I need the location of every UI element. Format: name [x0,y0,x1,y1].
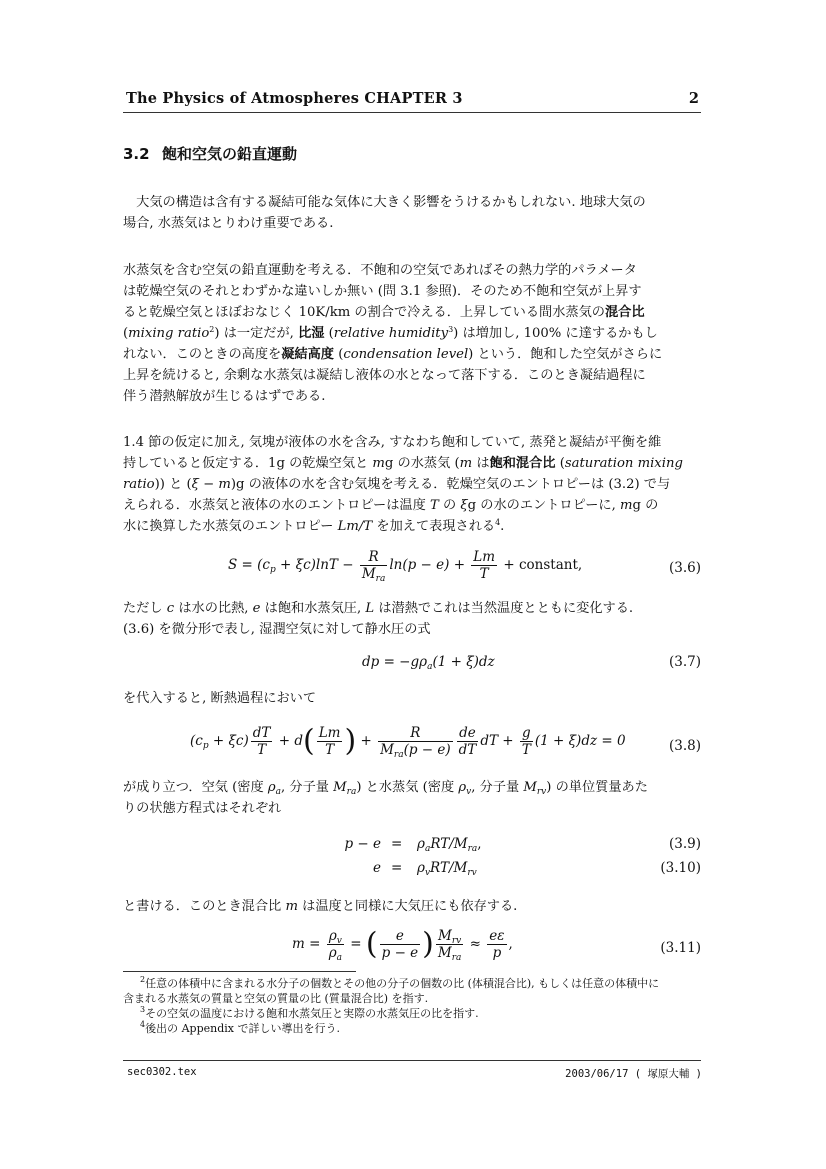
para2-line: れない．このときの高度を凝結高度 (condensation level) とい… [123,345,701,365]
section-number: 3.2 [123,145,162,163]
equation-3-10-rhs: ρvRT/Mrv [417,860,477,876]
para2-line: (mixing ratio2) は一定だが, 比湿 (relative humi… [123,324,701,344]
footnote-3: 3その空気の温度における飽和水蒸気圧と実際の水蒸気圧の比を指す. [123,1006,703,1021]
term-mixing-ratio: 混合比 [605,305,645,320]
equation-3-6: S = (cp + ξc)lnT − RMraln(p − e) + LmT +… [228,549,582,582]
equation-number: (3.6) [669,560,701,576]
equation-3-8: (cp + ξc)dTT + d(LmT) + RMra(p − e)dedTd… [190,725,626,758]
section-heading: 3.2飽和空気の鉛直運動 [123,143,297,164]
para6-line: が成り立つ．空気 (密度 ρa, 分子量 Mra) と水蒸気 (密度 ρv, 分… [123,778,701,798]
equation-3-11: m = ρvρa = (ep − e)MrvMra ≈ eεp, [292,928,513,961]
para3-line: ratio)) と (ξ − m)g の液体の水を含む気塊を考える．乾燥空気のエ… [123,475,701,495]
equation-number: (3.8) [669,738,701,754]
equation-3-9-rhs: ρaRT/Mra, [417,836,482,852]
para2-line: ると乾燥空気とほぼおなじく 10K/km の割合で冷える．上昇している間水蒸気の… [123,303,701,323]
footer-rule [123,1060,701,1061]
term-condensation-level: 凝結高度 [281,347,334,362]
para2-line: 上昇を続けると, 余剰な水蒸気は凝結し液体の水となって落下する．このとき凝結過程… [123,366,701,386]
term-relative-humidity: 比湿 [298,326,324,341]
equation-number: (3.9) [669,836,701,852]
footnote-rule [123,971,356,972]
page-number: 2 [689,90,699,107]
para2-line: 伴う潜熱解放が生じるはずである. [123,387,701,407]
footer-date-author: 2003/06/17 ( 塚原大輔 ) [565,1066,702,1081]
para5-line: を代入すると, 断熱過程において [123,689,701,709]
para2-line: 水蒸気を含む空気の鉛直運動を考える．不飽和の空気であればその熱力学的パラメータ [123,261,701,281]
footnote-2: 2任意の体積中に含まれる水分子の個数とその他の分子の個数の比 (体積混合比), … [123,976,703,991]
para6-line: りの状態方程式はそれぞれ [123,799,701,819]
footnote-4: 4後出の Appendix で詳しい導出を行う. [123,1021,703,1036]
equation-3-9-eq: = [391,836,402,852]
para3-line: 1.4 節の仮定に加え, 気塊が液体の水を含み, すなわち飽和していて, 蒸発と… [123,433,701,453]
para7-line: と書ける．このとき混合比 m は温度と同様に大気圧にも依存する. [123,897,701,917]
para3-line: えられる．水蒸気と液体の水のエントロピーは温度 T の ξg の水のエントロピー… [123,496,701,516]
running-header: The Physics of Atmospheres CHAPTER 3 2 [123,88,701,113]
equation-number: (3.7) [669,654,701,670]
equation-3-7: dp = −gρa(1 + ξ)dz [362,654,495,670]
equation-3-10-lhs: e [336,860,381,876]
equation-number: (3.10) [660,860,701,876]
para1-line: 場合, 水蒸気はとりわけ重要である. [123,214,701,234]
para3-line: 水に換算した水蒸気のエントロピー Lm/T を加えて表現される4. [123,517,701,537]
term-saturation-mixing-ratio: 飽和混合比 [490,456,556,471]
footer-filename: sec0302.tex [127,1066,197,1078]
equation-number: (3.11) [660,940,701,956]
para1-line: 大気の構造は含有する凝結可能な気体に大きく影響をうけるかもしれない. 地球大気の [123,193,701,213]
equation-3-10-eq: = [391,860,402,876]
para4-line: ただし c は水の比熱, e は飽和水蒸気圧, L は潜熱でこれは当然温度ととも… [123,599,701,619]
para3-line: 持していると仮定する．1g の乾燥空気と mg の水蒸気 (m は飽和混合比 (… [123,454,701,474]
header-title: The Physics of Atmospheres CHAPTER 3 [126,90,463,107]
para2-line: は乾燥空気のそれとわずかな違いしか無い (問 3.1 参照)．そのため不飽和空気… [123,282,701,302]
para4-line: (3.6) を微分形で表し, 湿潤空気に対して静水圧の式 [123,620,701,640]
footnote-2-cont: 含まれる水蒸気の質量と空気の質量の比 (質量混合比) を指す. [123,991,703,1006]
equation-3-9-lhs: p − e [336,836,381,852]
section-title: 飽和空気の鉛直運動 [162,145,297,163]
